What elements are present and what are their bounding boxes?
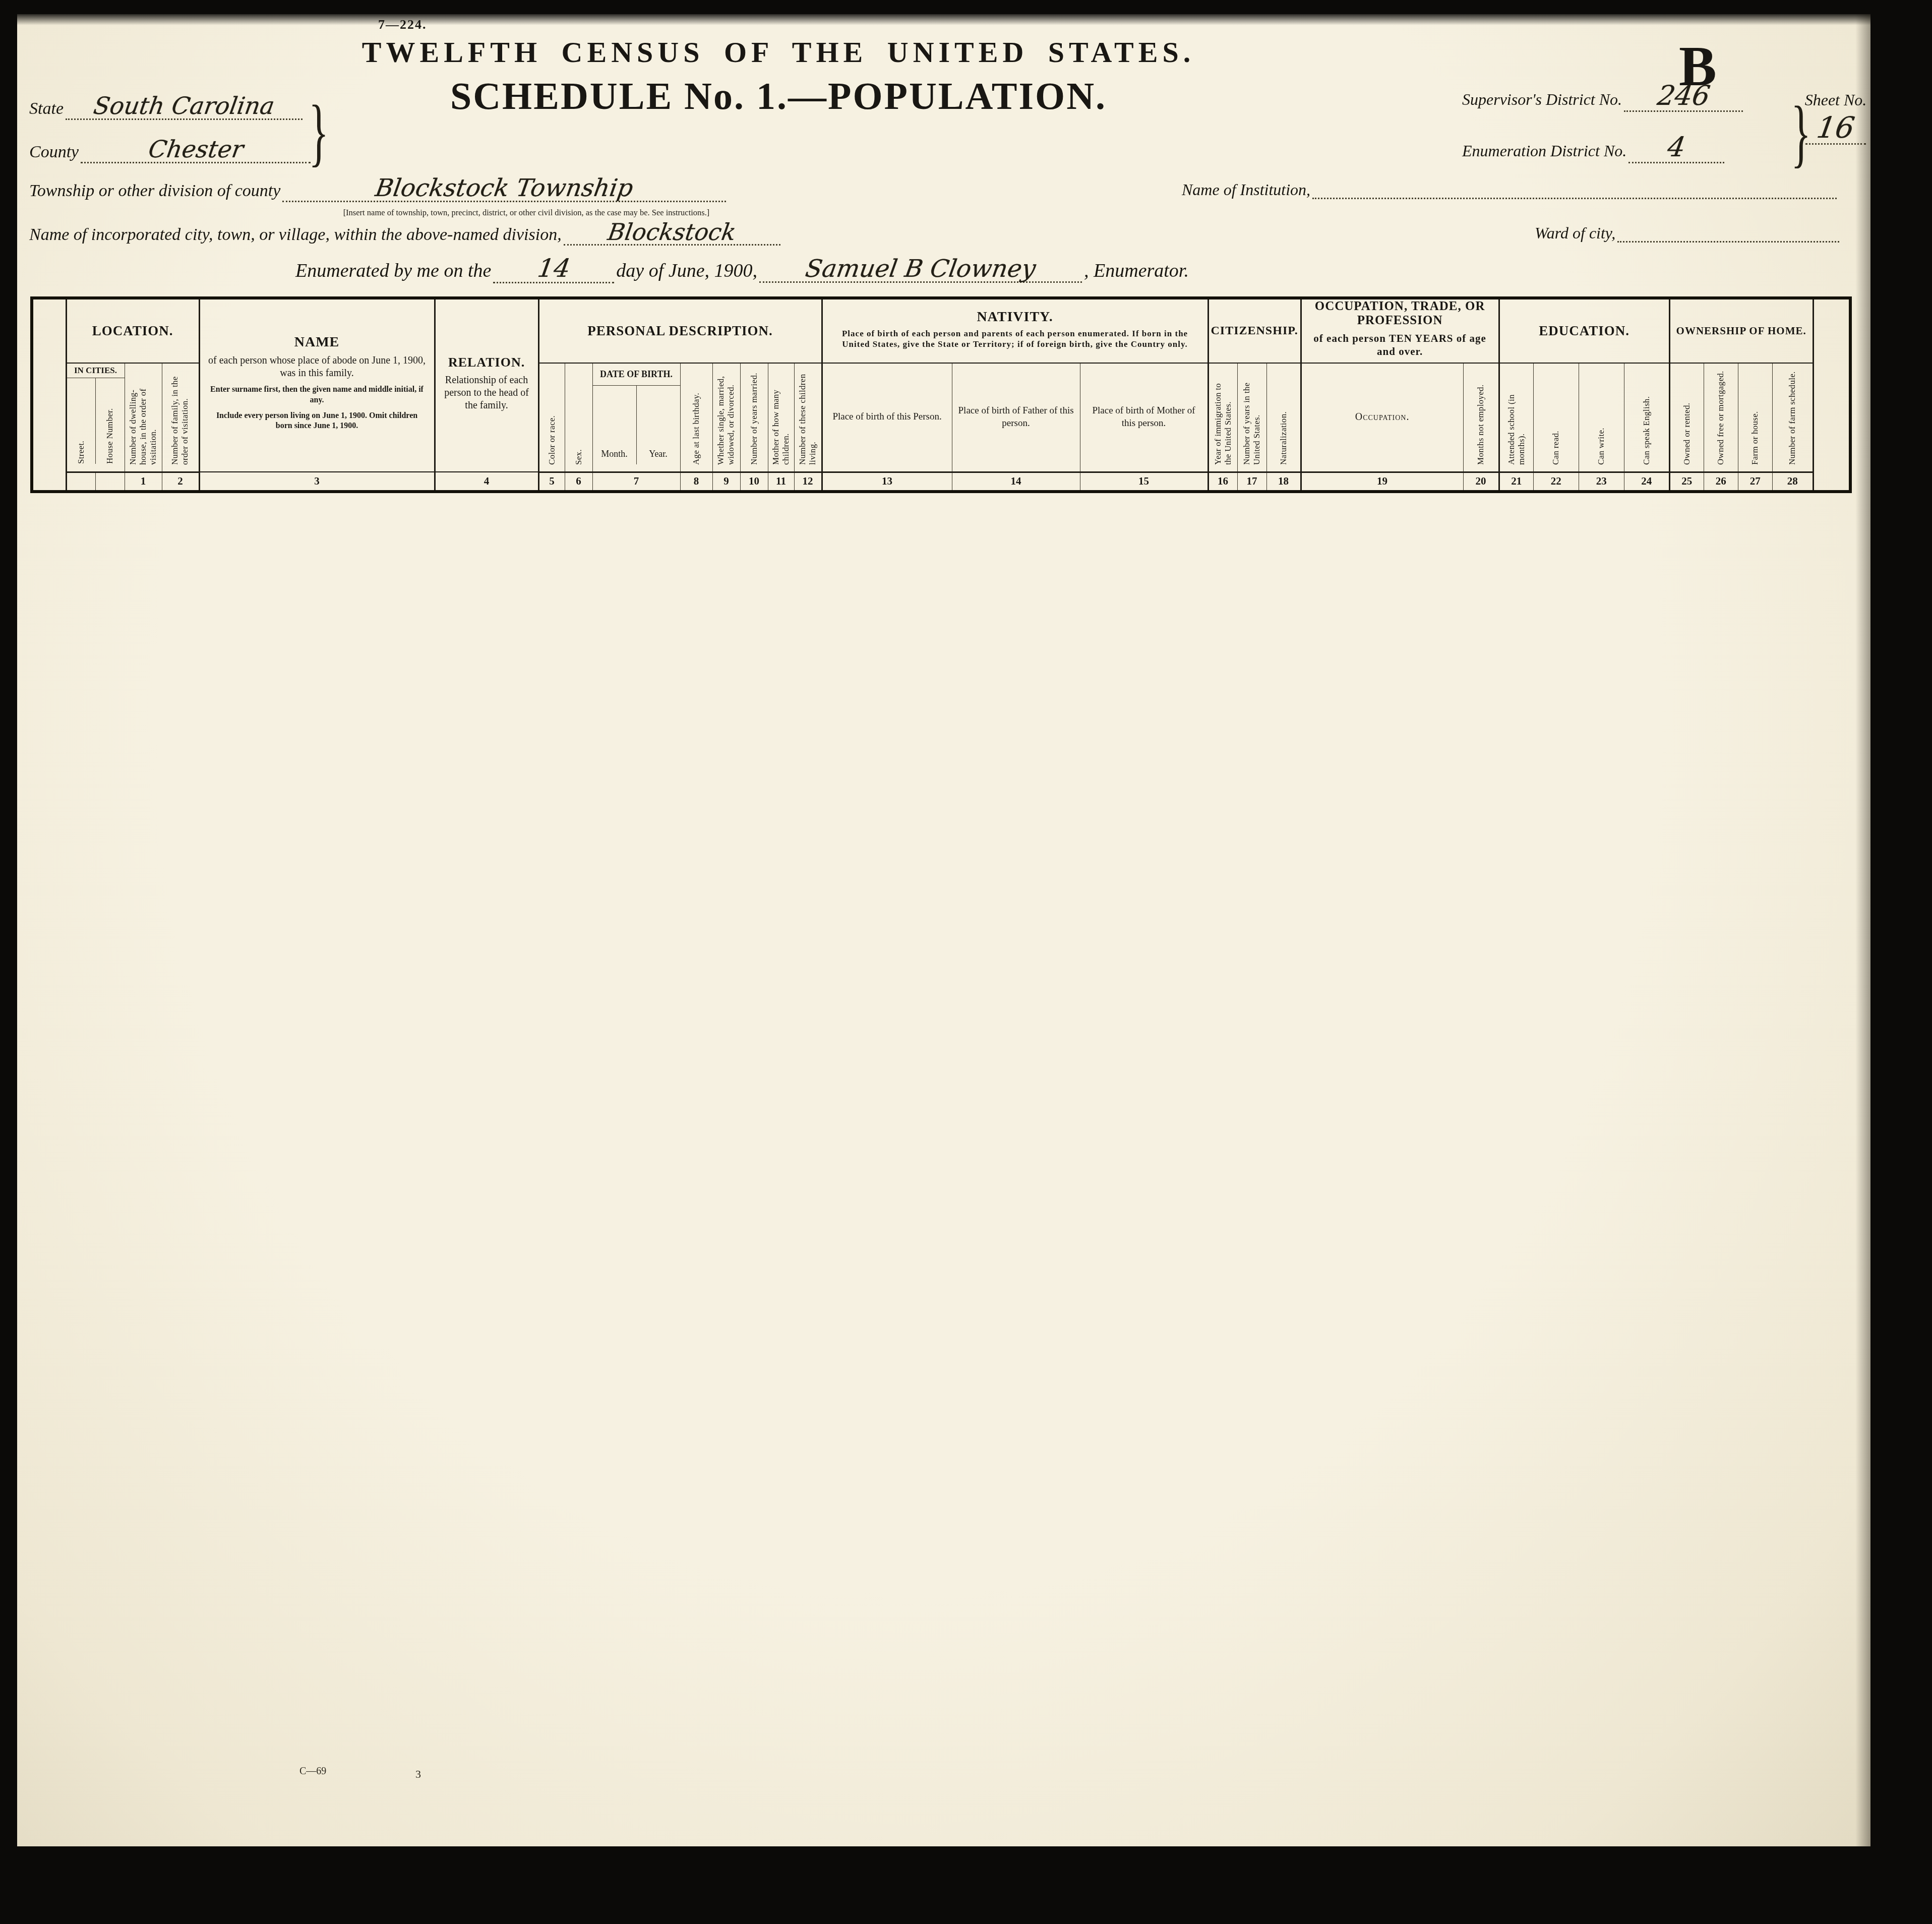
enumerator-signature: Samuel B Clowney — [804, 256, 1038, 281]
column-number-2: 2 — [162, 472, 199, 492]
ownership-group-header: OWNERSHIP OF HOME. — [1669, 298, 1813, 363]
supervisor-number: 246 — [1655, 82, 1712, 110]
township-row: Township or other division of county Blo… — [29, 175, 726, 202]
sheet-value-line: 16 — [1805, 112, 1866, 145]
township-note: [Insert name of township, town, precinct… — [289, 208, 763, 218]
column-number-4: 4 — [435, 472, 538, 492]
years-in-us-col-header: Number of years in the United States. — [1237, 363, 1266, 472]
citizenship-group-header: CITIZENSHIP. — [1208, 298, 1301, 363]
ward-label: Ward of city, — [1535, 224, 1615, 242]
pob-person-col-header: Place of birth of this Person. — [822, 363, 952, 472]
name-group-header: NAME of each person whose place of abode… — [199, 298, 435, 472]
column-number-9: 9 — [712, 472, 740, 492]
pob-father-col-header: Place of birth of Father of this person. — [952, 363, 1080, 472]
can-write-col-header: Can write. — [1579, 363, 1624, 472]
months-not-employed-col-header: Months not employed. — [1463, 363, 1499, 472]
naturalization-col-header: Naturalization. — [1266, 363, 1301, 472]
township-label: Township or other division of county — [29, 182, 280, 200]
owned-free-col-header: Owned free or mortgaged. — [1704, 363, 1738, 472]
state-county-brace: } — [309, 89, 329, 175]
education-group-header: EDUCATION. — [1499, 298, 1669, 363]
can-read-col-header: Can read. — [1533, 363, 1579, 472]
enumerator-line: Samuel B Clowney — [759, 256, 1082, 283]
population-table-wrap: LOCATION. NAME of each person whose plac… — [30, 296, 1852, 493]
column-number-27: 27 — [1738, 472, 1772, 492]
sheet-no-block: Sheet No. 16 — [1803, 91, 1868, 145]
column-number-16: 16 — [1208, 472, 1237, 492]
column-number-22: 22 — [1533, 472, 1579, 492]
city-row: Name of incorporated city, town, or vill… — [29, 220, 780, 246]
state-label: State — [29, 99, 64, 118]
footer-page-number: 3 — [415, 1768, 421, 1781]
supervisor-value-line: 246 — [1624, 82, 1743, 112]
enumerated-row: Enumerated by me on the 14 day of June, … — [295, 255, 1189, 283]
line-number-col-right — [1813, 298, 1850, 492]
enumeration-row: Enumeration District No. 4 — [1462, 133, 1724, 163]
column-number-21: 21 — [1499, 472, 1533, 492]
column-number-1: 1 — [125, 472, 162, 492]
footer-print-code: C—69 — [299, 1766, 326, 1777]
column-number-23: 23 — [1579, 472, 1624, 492]
birth-year-col-header: Year. — [637, 386, 680, 464]
column-number-20: 20 — [1463, 472, 1499, 492]
census-scan-page: { "page": { "form_number": "7—224.", "ti… — [0, 0, 1932, 1924]
enumerated-mid-label: day of June, 1900, — [616, 260, 757, 281]
age-col-header: Age at last birthday. — [680, 363, 712, 472]
house-number-col-header: House Number. — [105, 388, 115, 464]
county-value: Chester — [147, 137, 245, 162]
nativity-group-header: NATIVITY. Place of birth of each person … — [822, 298, 1208, 363]
column-number-26: 26 — [1704, 472, 1738, 492]
county-value-line: Chester — [81, 137, 311, 163]
enumeration-number: 4 — [1666, 133, 1687, 162]
sex-col-header: Sex. — [565, 363, 592, 472]
attended-school-col-header: Attended school (in months). — [1499, 363, 1533, 472]
column-number-11: 11 — [768, 472, 794, 492]
enumerated-pre-label: Enumerated by me on the — [295, 260, 491, 281]
sheet-label: Sheet No. — [1803, 91, 1868, 109]
personal-description-group-header: PERSONAL DESCRIPTION. — [538, 298, 822, 363]
state-value: South Carolina — [92, 94, 276, 118]
occupation-group-header: OCCUPATION, TRADE, OR PROFESSION of each… — [1301, 298, 1499, 363]
column-number-5: 5 — [538, 472, 565, 492]
table-header: LOCATION. NAME of each person whose plac… — [32, 298, 1850, 492]
date-of-birth-header: DATE OF BIRTH. Month. Year. — [592, 363, 680, 472]
column-number-14: 14 — [952, 472, 1080, 492]
mother-of-children-col-header: Mother of how many children. — [768, 363, 794, 472]
population-schedule-table: LOCATION. NAME of each person whose plac… — [30, 296, 1852, 493]
owned-or-rented-col-header: Owned or rented. — [1669, 363, 1704, 472]
location-group-header: LOCATION. — [66, 298, 199, 363]
immigration-year-col-header: Year of immigration to the United States… — [1208, 363, 1237, 472]
farm-or-house-col-header: Farm or house. — [1738, 363, 1772, 472]
children-living-col-header: Number of these children living. — [794, 363, 822, 472]
township-value-line: Blockstock Township — [282, 175, 726, 202]
column-number-7: 7 — [592, 472, 680, 492]
state-row: State South Carolina — [29, 94, 303, 120]
line-number-col-left — [32, 298, 66, 492]
years-married-col-header: Number of years married. — [740, 363, 768, 472]
farm-schedule-col-header: Number of farm schedule. — [1772, 363, 1813, 472]
column-number-6: 6 — [565, 472, 592, 492]
state-value-line: South Carolina — [66, 94, 303, 120]
institution-label: Name of Institution, — [1182, 181, 1310, 199]
county-row: County Chester — [29, 137, 311, 163]
occupation-col-header: Occupation. — [1301, 363, 1463, 472]
column-number-28: 28 — [1772, 472, 1813, 492]
supervisor-row: Supervisor's District No. 246 — [1462, 82, 1743, 112]
column-number-24: 24 — [1624, 472, 1669, 492]
form-number: 7—224. — [378, 17, 427, 32]
column-number-3: 3 — [199, 472, 435, 492]
enumeration-day: 14 — [535, 255, 572, 282]
column-number-17: 17 — [1237, 472, 1266, 492]
enumeration-label: Enumeration District No. — [1462, 142, 1626, 160]
column-number-15: 15 — [1080, 472, 1208, 492]
column-number-13: 13 — [822, 472, 952, 492]
family-number-col-header: Number of family, in the order of visita… — [162, 363, 199, 472]
marital-status-col-header: Whether single, married, widowed, or div… — [712, 363, 740, 472]
institution-value-line — [1312, 189, 1837, 199]
city-value: Blockstock — [606, 220, 738, 244]
city-label: Name of incorporated city, town, or vill… — [29, 225, 562, 244]
street-col-header: Street. — [76, 388, 86, 464]
supervisor-label: Supervisor's District No. — [1462, 90, 1622, 108]
column-number-12: 12 — [794, 472, 822, 492]
pob-mother-col-header: Place of birth of Mother of this person. — [1080, 363, 1208, 472]
num-street-blank — [66, 472, 95, 492]
column-number-8: 8 — [680, 472, 712, 492]
ward-row: Ward of city, — [1535, 224, 1839, 243]
enum-day-line: 14 — [493, 255, 614, 283]
enumeration-value-line: 4 — [1628, 133, 1724, 163]
ward-value-line — [1617, 232, 1839, 243]
can-speak-english-col-header: Can speak English. — [1624, 363, 1669, 472]
relation-group-header: RELATION. Relationship of each person to… — [435, 298, 538, 472]
column-number-25: 25 — [1669, 472, 1704, 492]
census-sheet: 7—224. TWELFTH CENSUS OF THE UNITED STAT… — [17, 14, 1870, 1846]
column-number-18: 18 — [1266, 472, 1301, 492]
enumerator-label: , Enumerator. — [1084, 260, 1189, 281]
column-number-19: 19 — [1301, 472, 1463, 492]
column-number-10: 10 — [740, 472, 768, 492]
color-col-header: Color or race. — [538, 363, 565, 472]
dwelling-number-col-header: Number of dwelling-house, in the order o… — [125, 363, 162, 472]
township-value: Blockstock Township — [374, 175, 635, 201]
birth-month-col-header: Month. — [593, 386, 637, 464]
city-value-line: Blockstock — [564, 220, 780, 246]
page-title: TWELFTH CENSUS OF THE UNITED STATES. — [108, 35, 1449, 69]
column-number-row: 1234567891011121314151617181920212223242… — [32, 472, 1850, 492]
county-label: County — [29, 143, 79, 161]
num-house-blank — [95, 472, 125, 492]
sheet-number: 16 — [1815, 112, 1856, 143]
institution-row: Name of Institution, — [1182, 181, 1837, 199]
in-cities-header: IN CITIES. Street. House Number. — [66, 363, 125, 472]
